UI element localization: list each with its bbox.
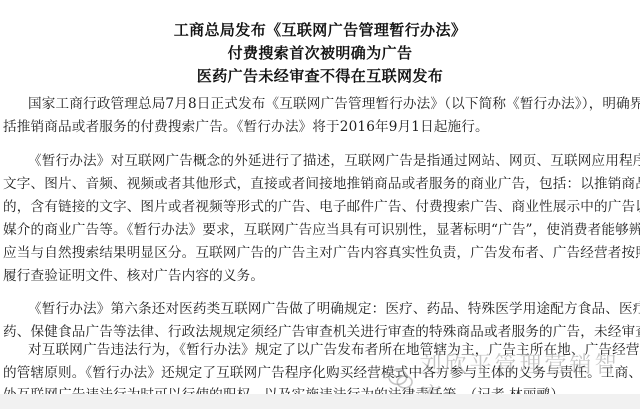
bottom-band (0, 394, 640, 409)
paragraph-line: 《暂行办法》第六条还对医药类互联网广告做了明确规定：医疗、药品、特殊医学用途配方… (28, 299, 640, 319)
paragraph-line: 文字、图片、音频、视频或者其他形式，直接或者间接地推销商品或者服务的商业广告，包… (3, 174, 640, 194)
paragraph-line: 应当与自然搜索结果明显区分。互联网广告的广告主对广告内容真实性负责，广告发布者、… (3, 243, 640, 263)
article-title: 工商总局发布《互联网广告管理暂行办法》 付费搜索首次被明确为广告 医药广告未经审… (0, 19, 640, 88)
paragraph-line: 的，含有链接的文字、图片或者视频等形式的广告、电子邮件广告、付费搜索广告、商业性… (3, 197, 640, 217)
paragraph-line: 对互联网广告违法行为，《暂行办法》规定了以广告发布者所在地管辖为主，广告主所在地… (28, 340, 640, 360)
paragraph-line: 药、保健食品广告等法律、行政法规规定须经广告审查机关进行审查的特殊商品或者服务的… (3, 322, 640, 342)
paragraph-line: 的管辖原则。《暂行办法》还规定了互联网广告程序化购买经营模式中各方参与主体的义务… (3, 363, 640, 383)
paragraph-line: 媒介的商业广告等。《暂行办法》要求，互联网广告应当具有可识别性，显著标明“广告”… (3, 220, 640, 240)
title-line-1: 工商总局发布《互联网广告管理暂行办法》 (0, 19, 640, 42)
paragraph-line: 《暂行办法》对互联网广告概念的外延进行了描述，互联网广告是指通过网站、网页、互联… (28, 151, 640, 171)
article-document: 工商总局发布《互联网广告管理暂行办法》 付费搜索首次被明确为广告 医药广告未经审… (0, 0, 640, 409)
title-line-3: 医药广告未经审查不得在互联网发布 (0, 65, 640, 88)
title-line-2: 付费搜索首次被明确为广告 (0, 42, 640, 65)
paragraph-line: 履行查验证明文件、核对广告内容的义务。 (3, 266, 264, 286)
paragraph-line: 国家工商行政管理总局7月8日正式发布《互联网广告管理暂行办法》（以下简称《暂行办… (28, 94, 640, 114)
paragraph-line: 括推销商品或者服务的付费搜索广告。《暂行办法》将于2016年9月1日起施行。 (3, 117, 489, 137)
